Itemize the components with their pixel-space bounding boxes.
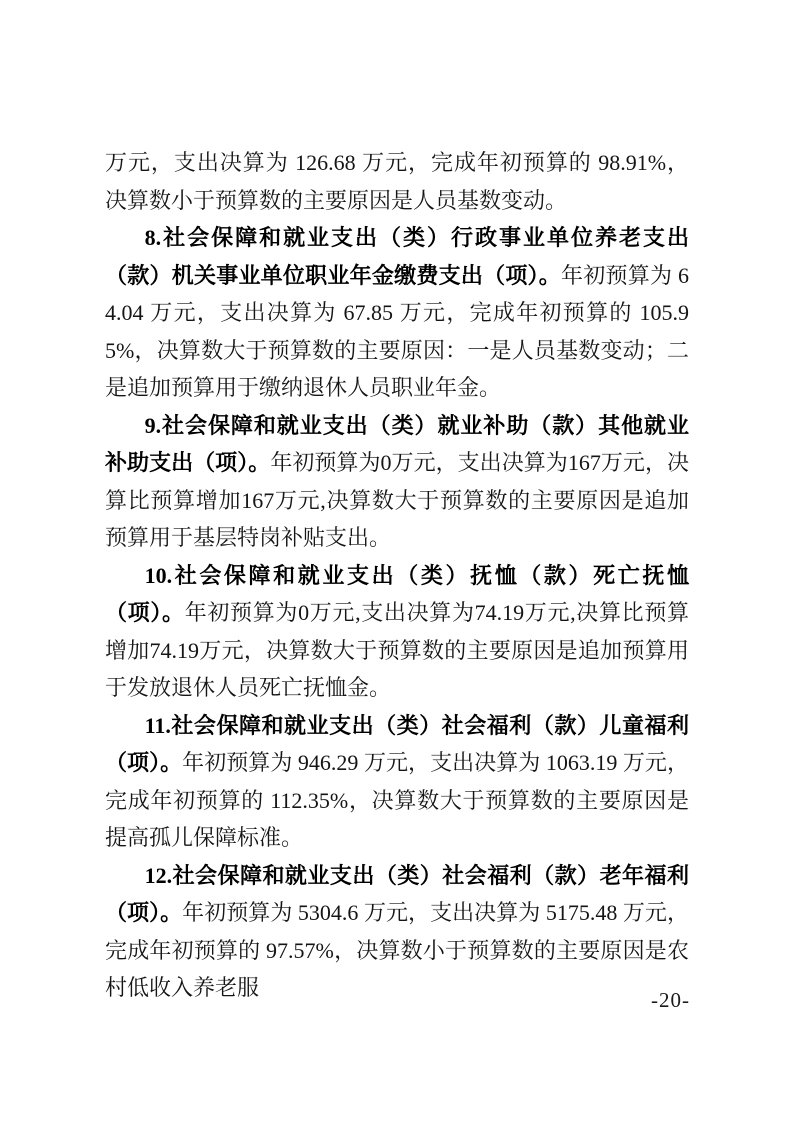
paragraph-body-text: 年初预算为 5304.6 万元，支出决算为 5175.48 万元，完成年初预算的… (105, 900, 689, 1000)
paragraph-body-text: 年初预算为 946.29 万元，支出决算为 1063.19 万元，完成年初预算的… (105, 750, 689, 850)
paragraph-item-11: 11.社会保障和就业支出（类）社会福利（款）儿童福利（项）。年初预算为 946.… (105, 707, 689, 857)
paragraph-item-12: 12.社会保障和就业支出（类）社会福利（款）老年福利（项）。年初预算为 5304… (105, 857, 689, 1007)
paragraph-item-10: 10.社会保障和就业支出（类）抚恤（款）死亡抚恤（项）。年初预算为0万元,支出决… (105, 557, 689, 707)
paragraph-item-8: 8.社会保障和就业支出（类）行政事业单位养老支出（款）机关事业单位职业年金缴费支… (105, 219, 689, 407)
paragraph-body-text: 年初预算为0万元,支出决算为74.19万元,决算比预算增加74.19万元，决算数… (105, 600, 689, 700)
paragraph-continuation: 万元，支出决算为 126.68 万元，完成年初预算的 98.91%，决算数小于预… (105, 144, 689, 219)
paragraph-body-text: 万元，支出决算为 126.68 万元，完成年初预算的 98.91%，决算数小于预… (105, 150, 689, 213)
paragraph-item-9: 9.社会保障和就业支出（类）就业补助（款）其他就业补助支出（项）。年初预算为0万… (105, 407, 689, 557)
document-body: 万元，支出决算为 126.68 万元，完成年初预算的 98.91%，决算数小于预… (105, 144, 689, 1007)
page-number: -20- (651, 988, 690, 1013)
document-page: 万元，支出决算为 126.68 万元，完成年初预算的 98.91%，决算数小于预… (0, 0, 793, 1122)
